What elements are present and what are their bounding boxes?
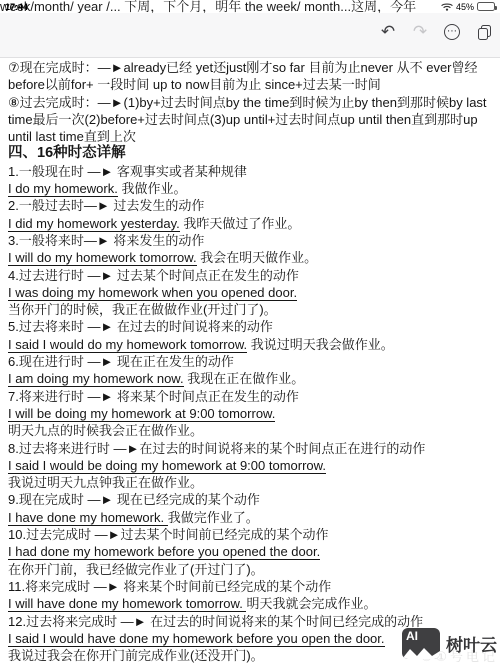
doc-line: time最后一次(2)before+过去时间点(3)up until+过去时间点… <box>8 111 500 128</box>
underlined-example-sentence: I will do my homework tomorrow. <box>8 250 197 266</box>
doc-line: I did my homework yesterday. 我昨天做过了作业。 <box>8 215 500 232</box>
doc-line: I said I would be doing my homework at 9… <box>8 457 500 474</box>
doc-text: 当你开门的时候，我正在做做作业(开过门了)。 <box>8 302 277 317</box>
doc-text: 我做作业。 <box>118 181 187 196</box>
underlined-example-sentence: I did my homework yesterday. <box>8 216 180 232</box>
doc-text: 四、16种时态详解 <box>8 145 126 161</box>
doc-line: 在你开门前，我已经做完作业了(开过门了)。 <box>8 561 500 578</box>
doc-text: 我说过明天九点钟我正在做作业。 <box>8 475 203 490</box>
doc-line: I am doing my homework now. 我现在正在做作业。 <box>8 370 500 387</box>
ai-logo-icon: AI <box>402 628 440 659</box>
doc-line: I will be doing my homework at 9:00 tomo… <box>8 405 500 422</box>
section-heading: 四、16种时态详解 <box>8 145 500 162</box>
doc-text: 2.一般过去时—► 过去发生的动作 <box>8 198 204 213</box>
doc-text: ⑧过去完成时：—►(1)by+过去时间点by the time到时候为止by t… <box>8 95 487 110</box>
doc-line: ⑧过去完成时：—►(1)by+过去时间点by the time到时候为止by t… <box>8 94 500 111</box>
doc-line: I do my homework. 我做作业。 <box>8 180 500 197</box>
doc-text: 9.现在完成时 —► 现在已经完成的某个动作 <box>8 492 260 507</box>
battery-percent: 45% <box>456 2 474 12</box>
doc-text: before以前for+ 一段时间 up to now目前为止 since+过去… <box>8 77 381 92</box>
more-options-icon[interactable]: ⋯ <box>442 22 462 42</box>
doc-text: until last time直到上次 <box>8 129 136 144</box>
underlined-example-sentence: I said I would be doing my homework at 9… <box>8 458 326 474</box>
doc-text: 10.过去完成时 —►过去某个时间前已经完成的某个动作 <box>8 527 329 542</box>
status-bar: 17:44 45% <box>0 0 500 13</box>
doc-text: 3.一般将来时—► 将来发生的动作 <box>8 233 204 248</box>
doc-line: I had done my homework before you opened… <box>8 543 500 560</box>
doc-text: 我说过我会在你开门前完成作业(还没开门)。 <box>8 648 264 663</box>
doc-text: 4.过去进行时 —► 过去某个时间点正在发生的动作 <box>8 268 299 283</box>
doc-line: I will have done my homework tomorrow. 明… <box>8 595 500 612</box>
underlined-example-sentence: I am doing my homework now. <box>8 371 184 387</box>
battery-icon <box>477 2 495 11</box>
underlined-example-sentence: I do my homework. <box>8 181 118 197</box>
doc-line: 6.现在进行时 —► 现在正在发生的动作 <box>8 353 500 370</box>
underlined-example-sentence: I will have done my homework tomorrow. <box>8 596 246 612</box>
pages-overview-icon[interactable] <box>474 22 494 42</box>
clock: 17:44 <box>5 2 28 12</box>
doc-line: I was doing my homework when you opened … <box>8 284 500 301</box>
doc-line: 10.过去完成时 —►过去某个时间前已经完成的某个动作 <box>8 526 500 543</box>
doc-text: 5.过去将来时 —► 在过去的时间说将来的动作 <box>8 319 273 334</box>
doc-text: 6.现在进行时 —► 现在正在发生的动作 <box>8 354 234 369</box>
doc-line: 明天九点的时候我会正在做作业。 <box>8 422 500 439</box>
mountain-icon <box>402 645 440 659</box>
doc-text: 在你开门前，我已经做完作业了(开过门了)。 <box>8 562 264 577</box>
doc-text: 我现在正在做作业。 <box>184 371 305 386</box>
doc-text: time最后一次(2)before+过去时间点(3)up until+过去时间点… <box>8 112 478 127</box>
doc-text: 明天九点的时候我会正在做作业。 <box>8 423 203 438</box>
toolbar-divider <box>0 57 500 58</box>
underlined-example-sentence: I said I would do my homework tomorrow. <box>8 337 247 353</box>
doc-text: 我会在明天做作业。 <box>197 250 318 265</box>
wifi-icon <box>441 2 453 11</box>
doc-text: 明天我就会完成作业。 <box>246 596 376 611</box>
doc-line: 11.将来完成时 —► 将来某个时间前已经完成的某个动作 <box>8 578 500 595</box>
doc-line: I said I would do my homework tomorrow. … <box>8 336 500 353</box>
underlined-example-sentence: I will be doing my homework at 9:00 tomo… <box>8 406 275 422</box>
doc-text: ⑦现在完成时：—►already已经 yet还just刚才so far 目前为止… <box>8 60 478 75</box>
doc-text: 12.过去将来完成时 —► 在过去的时间说将来的某个时间已经完成的动作 <box>8 614 423 629</box>
doc-line: 9.现在完成时 —► 现在已经完成的某个动作 <box>8 491 500 508</box>
redo-icon[interactable]: ↷ <box>410 22 430 42</box>
underlined-example-sentence: I have done my homework. <box>8 510 168 526</box>
doc-line: 3.一般将来时—► 将来发生的动作 <box>8 232 500 249</box>
doc-line: 我说过明天九点钟我正在做作业。 <box>8 474 500 491</box>
underlined-example-sentence: I had done my homework before you opened… <box>8 544 320 560</box>
doc-text: 我说过明天我会做作业。 <box>247 337 394 352</box>
toolbar-right-group: ↶ ↷ ⋯ <box>378 22 494 42</box>
doc-line: 2.一般过去时—► 过去发生的动作 <box>8 197 500 214</box>
doc-line: ⑦现在完成时：—►already已经 yet还just刚才so far 目前为止… <box>8 59 500 76</box>
doc-line: 8.过去将来进行时 —►在过去的时间说将来的某个时间点正在进行的动作 <box>8 440 500 457</box>
doc-text: 7.将来进行时 —► 将来某个时间点正在发生的动作 <box>8 389 299 404</box>
doc-line: 7.将来进行时 —► 将来某个时间点正在发生的动作 <box>8 388 500 405</box>
doc-text: 我做完作业了。 <box>168 510 259 525</box>
brand-name: 树叶云 <box>446 631 497 656</box>
note-app-screen: week/month/ year /... 下周，下个月，明年 the week… <box>0 0 500 667</box>
doc-line: before以前for+ 一段时间 up to now目前为止 since+过去… <box>8 76 500 93</box>
doc-line: 1.一般现在时 —► 客观事实或者某种规律 <box>8 163 500 180</box>
doc-line: 当你开门的时候，我正在做做作业(开过门了)。 <box>8 301 500 318</box>
doc-line: I have done my homework. 我做完作业了。 <box>8 509 500 526</box>
doc-line: until last time直到上次 <box>8 128 500 145</box>
doc-text: 1.一般现在时 —► 客观事实或者某种规律 <box>8 164 247 179</box>
watermark: AI 树叶云 <box>402 628 497 659</box>
note-content[interactable]: ⑦现在完成时：—►already已经 yet还just刚才so far 目前为止… <box>0 58 500 667</box>
doc-text: 8.过去将来进行时 —►在过去的时间说将来的某个时间点正在进行的动作 <box>8 441 425 456</box>
underlined-example-sentence: I was doing my homework when you opened … <box>8 285 297 301</box>
doc-line: 4.过去进行时 —► 过去某个时间点正在发生的动作 <box>8 267 500 284</box>
undo-icon[interactable]: ↶ <box>378 22 398 42</box>
doc-text: 11.将来完成时 —► 将来某个时间前已经完成的某个动作 <box>8 579 331 594</box>
doc-line: I will do my homework tomorrow. 我会在明天做作业… <box>8 249 500 266</box>
underlined-example-sentence: I said I would have done my homework bef… <box>8 631 385 647</box>
doc-line: 5.过去将来时 —► 在过去的时间说将来的动作 <box>8 318 500 335</box>
doc-text: 我昨天做过了作业。 <box>180 216 301 231</box>
